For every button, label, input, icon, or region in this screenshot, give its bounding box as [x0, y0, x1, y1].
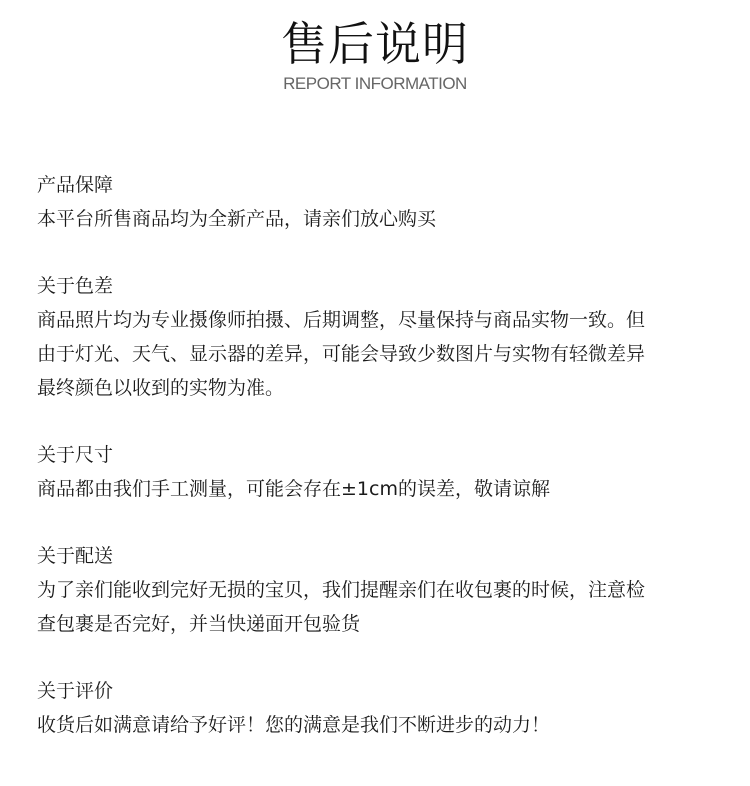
page-title: 售后说明: [0, 18, 750, 70]
section-body: 为了亲们能收到完好无损的宝贝，我们提醒亲们在收包裹的时候，注意检 查包裹是否完好…: [37, 573, 717, 641]
body-line: 最终颜色以收到的实物为准。: [37, 371, 717, 405]
body-line: 查包裹是否完好，并当快递面开包验货: [37, 607, 717, 641]
section-title: 关于配送: [37, 539, 717, 573]
section-delivery: 关于配送 为了亲们能收到完好无损的宝贝，我们提醒亲们在收包裹的时候，注意检 查包…: [37, 539, 717, 641]
after-sales-content: 产品保障 本平台所售商品均为全新产品，请亲们放心购买 关于色差 商品照片均为专业…: [37, 168, 717, 775]
section-body: 商品照片均为专业摄像师拍摄、后期调整，尽量保持与商品实物一致。但 由于灯光、天气…: [37, 303, 717, 405]
body-line: 本平台所售商品均为全新产品，请亲们放心购买: [37, 202, 717, 236]
section-title: 产品保障: [37, 168, 717, 202]
body-line: 商品都由我们手工测量，可能会存在±1cm的误差，敬请谅解: [37, 472, 717, 506]
body-line: 为了亲们能收到完好无损的宝贝，我们提醒亲们在收包裹的时候，注意检: [37, 573, 717, 607]
section-title: 关于色差: [37, 269, 717, 303]
section-body: 商品都由我们手工测量，可能会存在±1cm的误差，敬请谅解: [37, 472, 717, 506]
page-header: 售后说明 REPORT INFORMATION: [0, 18, 750, 94]
page-subtitle: REPORT INFORMATION: [0, 74, 750, 94]
section-color-difference: 关于色差 商品照片均为专业摄像师拍摄、后期调整，尽量保持与商品实物一致。但 由于…: [37, 269, 717, 405]
section-size: 关于尺寸 商品都由我们手工测量，可能会存在±1cm的误差，敬请谅解: [37, 438, 717, 506]
section-body: 本平台所售商品均为全新产品，请亲们放心购买: [37, 202, 717, 236]
body-line: 由于灯光、天气、显示器的差异，可能会导致少数图片与实物有轻微差异: [37, 337, 717, 371]
section-title: 关于评价: [37, 674, 717, 708]
section-review: 关于评价 收货后如满意请给予好评！您的满意是我们不断进步的动力！: [37, 674, 717, 742]
body-line: 商品照片均为专业摄像师拍摄、后期调整，尽量保持与商品实物一致。但: [37, 303, 717, 337]
section-product-guarantee: 产品保障 本平台所售商品均为全新产品，请亲们放心购买: [37, 168, 717, 236]
body-line: 收货后如满意请给予好评！您的满意是我们不断进步的动力！: [37, 708, 717, 742]
section-body: 收货后如满意请给予好评！您的满意是我们不断进步的动力！: [37, 708, 717, 742]
section-title: 关于尺寸: [37, 438, 717, 472]
